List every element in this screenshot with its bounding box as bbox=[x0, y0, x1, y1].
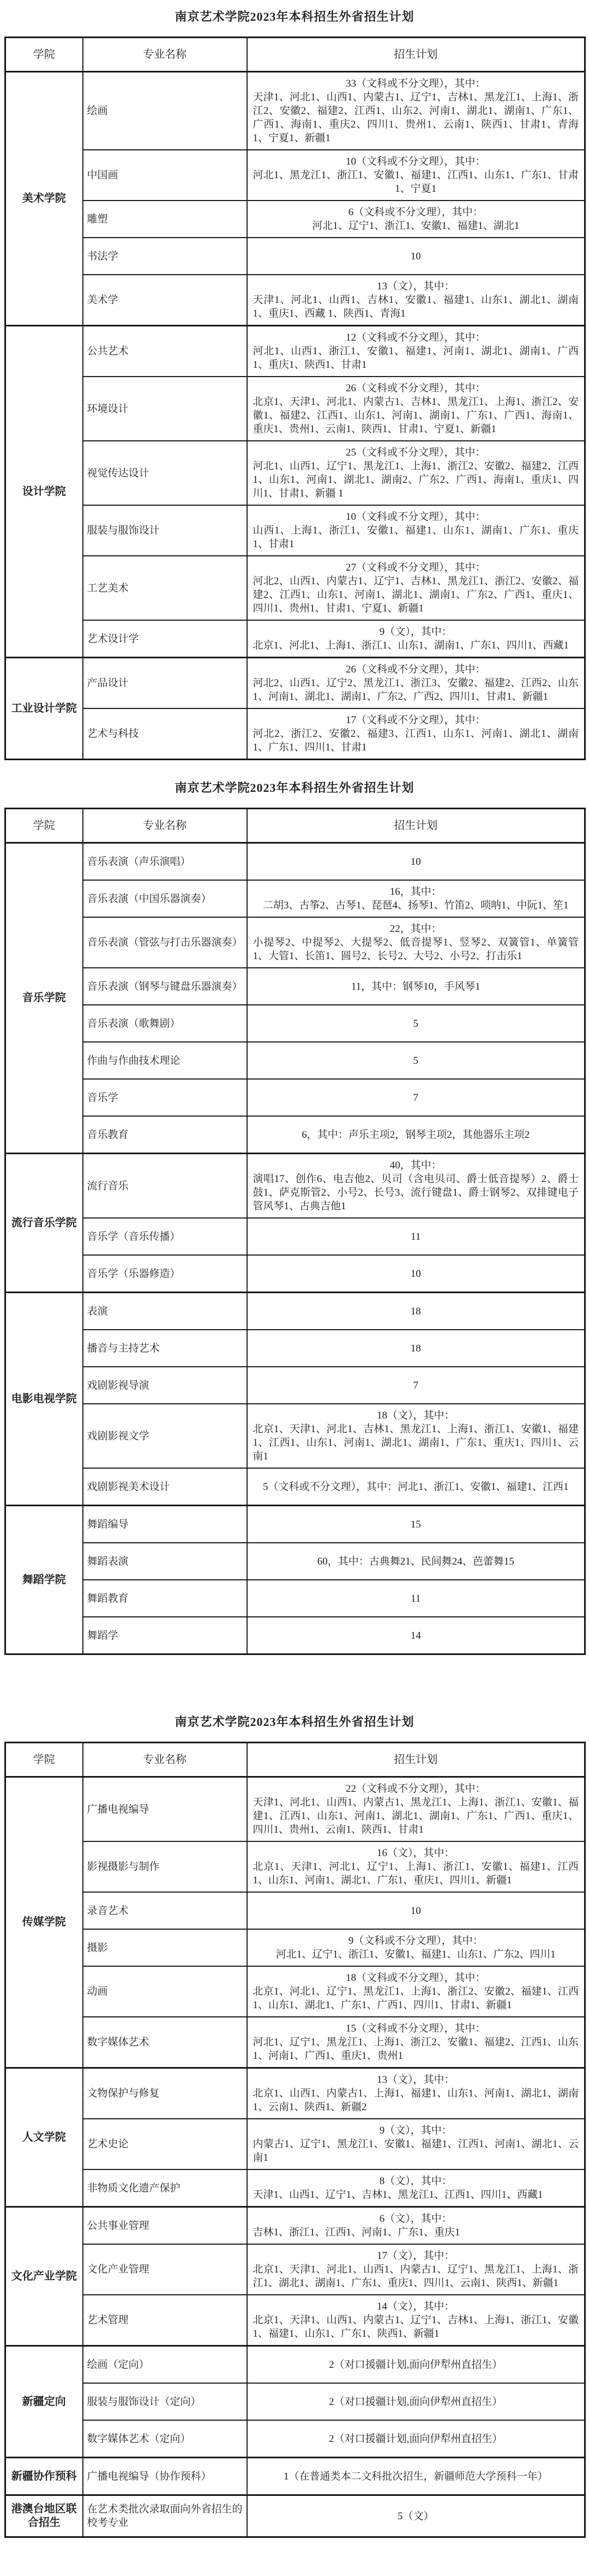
column-header-college: 学院 bbox=[5, 1743, 83, 1777]
major-name-cell: 作曲与作曲技术理论 bbox=[83, 1042, 247, 1079]
plan-section: 南京艺术学院2023年本科招生外省招生计划 学院 专业名称 招生计划 传媒学院广… bbox=[0, 1713, 589, 2538]
major-name-cell: 录音艺术 bbox=[83, 1892, 247, 1929]
plan-province-breakdown: 河北2、山西1、内蒙古1、辽宁1、吉林1、黑龙江1、浙江2、安徽2、福建2、江西… bbox=[253, 574, 579, 615]
table-row: 播音与主持艺术18 bbox=[5, 1330, 585, 1367]
table-row: 音乐教育6，其中：声乐主项2，钢琴主项2，其他器乐主项2 bbox=[5, 1116, 585, 1154]
plan-total: 7 bbox=[253, 1091, 579, 1105]
plan-table: 学院 专业名称 招生计划 传媒学院广播电视编导22（文科或不分文理），其中：天津… bbox=[4, 1742, 586, 2538]
major-name-cell: 音乐学 bbox=[83, 1079, 247, 1116]
plan-province-breakdown: 天津1、河北1、山西1、内蒙古1、辽宁1、吉林1、黑龙江1、上海1、浙江2、安徽… bbox=[253, 90, 579, 145]
table-row: 动画18（文科或不分文理），其中：北京1、河北1、辽宁1、黑龙江1、上海1、浙江… bbox=[5, 1966, 585, 2017]
college-cell: 音乐学院 bbox=[5, 843, 83, 1154]
plan-cell: 26（文科或不分文理），其中：北京1、天津1、河北1、内蒙古1、吉林1、黑龙江1… bbox=[247, 377, 585, 441]
plan-cell: 17（文科或不分文理），其中：河北2、浙江2、安徽2、福建3、江西1、山东1、河… bbox=[247, 708, 585, 760]
major-name-cell: 表演 bbox=[83, 1293, 247, 1330]
plan-province-breakdown: 北京1、河北1、上海1、浙江1、山东1、湖南1、广东1、四川1、西藏1 bbox=[253, 639, 579, 652]
plan-cell: 11 bbox=[247, 1580, 585, 1617]
plan-table: 学院 专业名称 招生计划 美术学院绘画33（文科或不分文理），其中：天津1、河北… bbox=[4, 37, 586, 760]
table-row: 工业设计学院产品设计26（文科或不分文理），其中：河北2、山西1、辽宁2、黑龙江… bbox=[5, 658, 585, 709]
table-row: 美术学院绘画33（文科或不分文理），其中：天津1、河北1、山西1、内蒙古1、辽宁… bbox=[5, 72, 585, 150]
plan-cell: 16（文），其中：北京1、天津1、河北1、辽宁1、上海1、浙江1、安徽1、福建1… bbox=[247, 1841, 585, 1892]
plan-total: 11，其中：钢琴10，手风琴1 bbox=[253, 980, 579, 993]
college-cell: 港澳台地区联合招生 bbox=[5, 2495, 83, 2537]
plan-cell: 11，其中：钢琴10，手风琴1 bbox=[247, 968, 585, 1005]
column-header-major: 专业名称 bbox=[83, 1743, 247, 1777]
table-row: 艺术管理14（文），其中：北京1、天津1、山西1、内蒙古1、辽宁1、吉林1、上海… bbox=[5, 2295, 585, 2346]
plan-total: 10 bbox=[253, 855, 579, 869]
plan-province-breakdown: 河北2、山西1、辽宁2、黑龙江1、浙江3、安徽2、福建2、江西2、山东1、河南1… bbox=[253, 676, 579, 704]
table-row: 影视摄影与制作16（文），其中：北京1、天津1、河北1、辽宁1、上海1、浙江1、… bbox=[5, 1841, 585, 1892]
table-header-row: 学院 专业名称 招生计划 bbox=[5, 38, 585, 72]
table-row: 戏剧影视美术设计5（文科或不分文理），其中：河北1、浙江1、安徽1、福建1、江西… bbox=[5, 1468, 585, 1506]
major-name-cell: 艺术与科技 bbox=[83, 708, 247, 760]
major-name-cell: 书法学 bbox=[83, 238, 247, 275]
major-name-cell: 动画 bbox=[83, 1966, 247, 2017]
plan-province-breakdown: 北京1、河北1、辽宁1、黑龙江1、上海1、浙江2、安徽2、福建1、江西1、山东1… bbox=[253, 1985, 579, 2012]
major-name-cell: 非物质文化遗产保护 bbox=[83, 2169, 247, 2207]
table-row: 传媒学院广播电视编导22（文科或不分文理），其中：天津1、河北1、山西1、内蒙古… bbox=[5, 1777, 585, 1842]
plan-province-breakdown: 北京1、天津1、河北1、山西1、内蒙古1、辽宁1、黑龙江1、上海1、浙江1、湖北… bbox=[253, 2263, 579, 2290]
plan-cell: 10 bbox=[247, 843, 585, 881]
plan-cell: 5（文科或不分文理），其中：河北1、浙江1、安徽1、福建1、江西1 bbox=[247, 1468, 585, 1506]
table-row: 戏剧影视文学18（文），其中：北京1、天津1、河北1、吉林1、黑龙江1、上海1、… bbox=[5, 1404, 585, 1468]
table-row: 电影电视学院表演18 bbox=[5, 1293, 585, 1330]
plan-cell: 27（文科或不分文理），其中：河北2、山西1、内蒙古1、辽宁1、吉林1、黑龙江1… bbox=[247, 556, 585, 620]
table-row: 舞蹈学14 bbox=[5, 1617, 585, 1654]
table-row: 文化产业学院公共事业管理6（文），其中：吉林1、浙江1、江西1、河南1、广东1、… bbox=[5, 2207, 585, 2245]
column-header-plan: 招生计划 bbox=[247, 809, 585, 843]
major-name-cell: 艺术管理 bbox=[83, 2295, 247, 2346]
college-cell: 设计学院 bbox=[5, 326, 83, 658]
plan-province-breakdown: 内蒙古1、辽宁1、黑龙江1、安徽1、福建1、江西1、河南1、湖北1、云南1 bbox=[253, 2137, 579, 2165]
table-row: 音乐学（乐器修造）10 bbox=[5, 1255, 585, 1293]
plan-total: 14（文），其中： bbox=[253, 2300, 579, 2313]
table-row: 音乐表演（钢琴与键盘乐器演奏）11，其中：钢琴10，手风琴1 bbox=[5, 968, 585, 1005]
plan-total: 15（文科或不分文理），其中： bbox=[253, 2022, 579, 2035]
plan-total: 14 bbox=[253, 1629, 579, 1642]
plan-total: 11 bbox=[253, 1230, 579, 1244]
major-name-cell: 音乐教育 bbox=[83, 1116, 247, 1154]
plan-cell: 1（在普通类本二文科批次招生，新疆师范大学预科一年） bbox=[247, 2458, 585, 2495]
major-name-cell: 音乐学（乐器修造） bbox=[83, 1255, 247, 1293]
plan-total: 25（文科或不分文理），其中： bbox=[253, 446, 579, 459]
plan-province-breakdown: 天津1、山西1、辽宁1、吉林1、黑龙江1、江西1、四川1、西藏1 bbox=[253, 2188, 579, 2202]
table-row: 书法学10 bbox=[5, 238, 585, 275]
major-name-cell: 文物保护与修复 bbox=[83, 2068, 247, 2119]
plan-total: 18 bbox=[253, 1305, 579, 1318]
table-row: 音乐表演（歌舞剧）5 bbox=[5, 1005, 585, 1042]
plan-total: 11 bbox=[253, 1592, 579, 1605]
table-row: 设计学院公共艺术12（文科或不分文理），其中：河北1、山西1、浙江1、安徽1、福… bbox=[5, 326, 585, 377]
plan-total: 15 bbox=[253, 1518, 579, 1531]
plan-province-breakdown: 演唱17、创作6、电吉他2、贝司（含电贝司、爵士低音提琴）2、爵士鼓1、萨克斯管… bbox=[253, 1172, 579, 1213]
column-header-college: 学院 bbox=[5, 38, 83, 72]
plan-total: 18 bbox=[253, 1342, 579, 1355]
major-name-cell: 公共事业管理 bbox=[83, 2207, 247, 2245]
table-row: 工艺美术27（文科或不分文理），其中：河北2、山西1、内蒙古1、辽宁1、吉林1、… bbox=[5, 556, 585, 620]
plan-cell: 10 bbox=[247, 1892, 585, 1929]
plan-province-breakdown: 小提琴2、中提琴2、大提琴2、低音提琴1、竖琴2、双簧管1、单簧管1、大管1、长… bbox=[253, 936, 579, 963]
plan-total: 6，其中：声乐主项2，钢琴主项2，其他器乐主项2 bbox=[253, 1128, 579, 1142]
plan-cell: 25（文科或不分文理），其中：河北1、山西1、辽宁1、黑龙江1、上海1、浙江2、… bbox=[247, 441, 585, 505]
column-header-plan: 招生计划 bbox=[247, 1743, 585, 1777]
plan-total: 9（文），其中： bbox=[253, 2124, 579, 2137]
plan-total: 10 bbox=[253, 1267, 579, 1281]
plan-total: 18（文科或不分文理），其中： bbox=[253, 1971, 579, 1985]
plan-province-breakdown: 河北1、山西1、浙江1、安徽1、福建1、河南1、湖北1、湖南1、广西1、重庆1、… bbox=[253, 344, 579, 372]
column-header-major: 专业名称 bbox=[83, 38, 247, 72]
plan-total: 13（文），其中： bbox=[253, 280, 579, 293]
major-name-cell: 舞蹈表演 bbox=[83, 1543, 247, 1580]
plan-province-breakdown: 河北1、辽宁1、浙江1、安徽1、福建1、湖北1 bbox=[253, 219, 579, 233]
table-row: 服装与服饰设计10（文科或不分文理），其中：山西1、上海1、浙江1、安徽1、福建… bbox=[5, 505, 585, 556]
plan-cell: 2（对口援疆计划,面向伊犁州直招生） bbox=[247, 2346, 585, 2384]
table-row: 人文学院文物保护与修复13（文），其中：北京1、山西1、内蒙古1、上海1、福建1… bbox=[5, 2068, 585, 2119]
plan-cell: 5 bbox=[247, 1042, 585, 1079]
table-row: 文化产业管理17（文），其中：北京1、天津1、河北1、山西1、内蒙古1、辽宁1、… bbox=[5, 2244, 585, 2295]
plan-total: 5（文） bbox=[253, 2510, 579, 2523]
plan-cell: 18（文），其中：北京1、天津1、河北1、吉林1、黑龙江1、上海1、浙江1、安徽… bbox=[247, 1404, 585, 1468]
major-name-cell: 数字媒体艺术（定向） bbox=[83, 2420, 247, 2458]
plan-total: 17（文科或不分文理），其中： bbox=[253, 713, 579, 727]
table-row: 数字媒体艺术15（文科或不分文理），其中：河北1、辽宁1、黑龙江1、上海1、浙江… bbox=[5, 2017, 585, 2068]
major-name-cell: 音乐表演（歌舞剧） bbox=[83, 1005, 247, 1042]
section-title: 南京艺术学院2023年本科招生外省招生计划 bbox=[4, 779, 585, 796]
plan-total: 10 bbox=[253, 250, 579, 263]
plan-total: 26（文科或不分文理），其中： bbox=[253, 663, 579, 676]
major-name-cell: 艺术史论 bbox=[83, 2119, 247, 2169]
plan-cell: 26（文科或不分文理），其中：河北2、山西1、辽宁2、黑龙江1、浙江3、安徽2、… bbox=[247, 658, 585, 709]
major-name-cell: 流行音乐 bbox=[83, 1154, 247, 1219]
plan-cell: 10（文科或不分文理），其中：山西1、上海1、浙江1、安徽1、福建1、山东1、湖… bbox=[247, 505, 585, 556]
plan-total: 12（文科或不分文理），其中： bbox=[253, 331, 579, 344]
plan-total: 9（文），其中： bbox=[253, 625, 579, 639]
plan-cell: 9（文），其中：北京1、河北1、上海1、浙江1、山东1、湖南1、广东1、四川1、… bbox=[247, 620, 585, 658]
plan-total: 10（文科或不分文理），其中： bbox=[253, 510, 579, 524]
plan-total: 27（文科或不分文理），其中： bbox=[253, 561, 579, 574]
plan-cell: 18（文科或不分文理），其中：北京1、河北1、辽宁1、黑龙江1、上海1、浙江2、… bbox=[247, 1966, 585, 2017]
plan-total: 6（文），其中： bbox=[253, 2212, 579, 2226]
plan-province-breakdown: 河北1、辽宁1、浙江1、安徽1、福建1、山东1、广东2、四川1 bbox=[253, 1948, 579, 1961]
plan-cell: 10 bbox=[247, 238, 585, 275]
table-row: 音乐学（音乐传播）11 bbox=[5, 1218, 585, 1255]
plan-total: 5 bbox=[253, 1054, 579, 1068]
table-row: 音乐表演（中国乐器演奏）16，其中：二胡3、古筝2、古琴1、琵琶4、扬琴1、竹笛… bbox=[5, 880, 585, 917]
table-row: 艺术史论9（文），其中：内蒙古1、辽宁1、黑龙江1、安徽1、福建1、江西1、河南… bbox=[5, 2119, 585, 2169]
table-row: 港澳台地区联合招生在艺术类批次录取面向外省招生的校考专业5（文） bbox=[5, 2495, 585, 2537]
plan-province-breakdown: 天津1、河北1、山西1、吉林1、安徽1、福建1、山东1、湖北1、湖南1、重庆1、… bbox=[253, 293, 579, 320]
major-name-cell: 环境设计 bbox=[83, 377, 247, 441]
table-header-row: 学院 专业名称 招生计划 bbox=[5, 809, 585, 843]
plan-total: 33（文科或不分文理），其中： bbox=[253, 77, 579, 90]
table-row: 音乐表演（管弦与打击乐器演奏）22，其中：小提琴2、中提琴2、大提琴2、低音提琴… bbox=[5, 917, 585, 968]
plan-cell: 5 bbox=[247, 1005, 585, 1042]
table-row: 舞蹈学院舞蹈编导15 bbox=[5, 1506, 585, 1543]
plan-province-breakdown: 北京1、天津1、河北1、吉林1、黑龙江1、上海1、浙江1、安徽1、福建1、江西1… bbox=[253, 1422, 579, 1463]
major-name-cell: 舞蹈教育 bbox=[83, 1580, 247, 1617]
plan-cell: 10 bbox=[247, 1255, 585, 1293]
plan-province-breakdown: 北京1、天津1、河北1、辽宁1、上海1、浙江1、安徽1、福建1、江西1、山东1、… bbox=[253, 1860, 579, 1887]
plan-total: 22（文科或不分文理），其中： bbox=[253, 1782, 579, 1796]
plan-cell: 18 bbox=[247, 1330, 585, 1367]
major-name-cell: 公共艺术 bbox=[83, 326, 247, 377]
plan-total: 8（文），其中： bbox=[253, 2174, 579, 2188]
major-name-cell: 文化产业管理 bbox=[83, 2244, 247, 2295]
table-row: 舞蹈表演60，其中：古典舞21、民间舞24、芭蕾舞15 bbox=[5, 1543, 585, 1580]
plan-cell: 6，其中：声乐主项2，钢琴主项2，其他器乐主项2 bbox=[247, 1116, 585, 1154]
major-name-cell: 艺术设计学 bbox=[83, 620, 247, 658]
column-header-college: 学院 bbox=[5, 809, 83, 843]
plan-province-breakdown: 河北1、山西1、辽宁1、黑龙江1、上海1、浙江2、安徽2、福建2、江西1、山东1… bbox=[253, 459, 579, 500]
college-cell: 文化产业学院 bbox=[5, 2207, 83, 2346]
college-cell: 电影电视学院 bbox=[5, 1293, 83, 1506]
college-cell: 新疆协作预科 bbox=[5, 2458, 83, 2495]
plan-total: 7 bbox=[253, 1379, 579, 1392]
table-row: 流行音乐学院流行音乐40，其中：演唱17、创作6、电吉他2、贝司（含电贝司、爵士… bbox=[5, 1154, 585, 1219]
college-cell: 舞蹈学院 bbox=[5, 1506, 83, 1654]
plan-cell: 18 bbox=[247, 1293, 585, 1330]
plan-total: 16，其中： bbox=[253, 885, 579, 899]
column-header-plan: 招生计划 bbox=[247, 38, 585, 72]
table-row: 摄影9（文科或不分文理），其中：河北1、辽宁1、浙江1、安徽1、福建1、山东1、… bbox=[5, 1929, 585, 1966]
plan-total: 1（在普通类本二文科批次招生，新疆师范大学预科一年） bbox=[253, 2470, 579, 2483]
table-row: 环境设计26（文科或不分文理），其中：北京1、天津1、河北1、内蒙古1、吉林1、… bbox=[5, 377, 585, 441]
major-name-cell: 戏剧影视导演 bbox=[83, 1367, 247, 1404]
plan-total: 26（文科或不分文理），其中： bbox=[253, 381, 579, 395]
plan-total: 10 bbox=[253, 1904, 579, 1918]
plan-total: 2（对口援疆计划,面向伊犁州直招生） bbox=[253, 2395, 579, 2409]
plan-cell: 33（文科或不分文理），其中：天津1、河北1、山西1、内蒙古1、辽宁1、吉林1、… bbox=[247, 72, 585, 150]
major-name-cell: 音乐学（音乐传播） bbox=[83, 1218, 247, 1255]
document-page: { "sections": [ { "title": "南京艺术学院2023年本… bbox=[0, 0, 589, 2576]
major-name-cell: 广播电视编导（协作预科） bbox=[83, 2458, 247, 2495]
major-name-cell: 音乐表演（中国乐器演奏） bbox=[83, 880, 247, 917]
plan-total: 6（文科或不分文理），其中： bbox=[253, 205, 579, 219]
major-name-cell: 绘画 bbox=[83, 72, 247, 150]
plan-province-breakdown: 北京1、天津1、山西1、内蒙古1、辽宁1、吉林1、上海1、浙江1、安徽1、福建1… bbox=[253, 2313, 579, 2341]
table-row: 服装与服饰设计（定向）2（对口援疆计划,面向伊犁州直招生） bbox=[5, 2383, 585, 2420]
plan-total: 40，其中： bbox=[253, 1159, 579, 1172]
plan-cell: 10（文科或不分文理），其中：河北1、黑龙江1、浙江1、安徽1、福建1、江西1、… bbox=[247, 150, 585, 201]
major-name-cell: 中国画 bbox=[83, 150, 247, 201]
plan-cell: 9（文科或不分文理），其中：河北1、辽宁1、浙江1、安徽1、福建1、山东1、广东… bbox=[247, 1929, 585, 1966]
plan-cell: 2（对口援疆计划,面向伊犁州直招生） bbox=[247, 2383, 585, 2420]
major-name-cell: 视觉传达设计 bbox=[83, 441, 247, 505]
table-row: 音乐学7 bbox=[5, 1079, 585, 1116]
plan-province-breakdown: 二胡3、古筝2、古琴1、琵琶4、扬琴1、竹笛2、唢呐1、中阮1、笙1 bbox=[253, 899, 579, 912]
plan-total: 10（文科或不分文理），其中： bbox=[253, 155, 579, 168]
plan-cell: 17（文），其中：北京1、天津1、河北1、山西1、内蒙古1、辽宁1、黑龙江1、上… bbox=[247, 2244, 585, 2295]
table-row: 非物质文化遗产保护8（文），其中：天津1、山西1、辽宁1、吉林1、黑龙江1、江西… bbox=[5, 2169, 585, 2207]
table-row: 中国画10（文科或不分文理），其中：河北1、黑龙江1、浙江1、安徽1、福建1、江… bbox=[5, 150, 585, 201]
plan-cell: 14（文），其中：北京1、天津1、山西1、内蒙古1、辽宁1、吉林1、上海1、浙江… bbox=[247, 2295, 585, 2346]
plan-province-breakdown: 河北2、浙江2、安徽2、福建3、江西1、山东1、河南1、湖北1、湖南1、广东1、… bbox=[253, 727, 579, 754]
major-name-cell: 音乐表演（管弦与打击乐器演奏） bbox=[83, 917, 247, 968]
table-row: 数字媒体艺术（定向）2（对口援疆计划,面向伊犁州直招生） bbox=[5, 2420, 585, 2458]
plan-total: 16（文），其中： bbox=[253, 1846, 579, 1860]
major-name-cell: 播音与主持艺术 bbox=[83, 1330, 247, 1367]
plan-cell: 9（文），其中：内蒙古1、辽宁1、黑龙江1、安徽1、福建1、江西1、河南1、湖北… bbox=[247, 2119, 585, 2169]
major-name-cell: 绘画（定向） bbox=[83, 2346, 247, 2384]
major-name-cell: 摄影 bbox=[83, 1929, 247, 1966]
plan-cell: 13（文），其中：北京1、山西1、内蒙古1、上海1、福建1、山东1、河南1、湖北… bbox=[247, 2068, 585, 2119]
plan-table: 学院 专业名称 招生计划 音乐学院音乐表演（声乐演唱）10音乐表演（中国乐器演奏… bbox=[4, 808, 586, 1655]
major-name-cell: 数字媒体艺术 bbox=[83, 2017, 247, 2068]
plan-cell: 60，其中：古典舞21、民间舞24、芭蕾舞15 bbox=[247, 1543, 585, 1580]
plan-cell: 7 bbox=[247, 1367, 585, 1404]
plan-cell: 5（文） bbox=[247, 2495, 585, 2537]
table-row: 新疆定向绘画（定向）2（对口援疆计划,面向伊犁州直招生） bbox=[5, 2346, 585, 2384]
plan-total: 9（文科或不分文理），其中： bbox=[253, 1934, 579, 1948]
plan-cell: 16，其中：二胡3、古筝2、古琴1、琵琶4、扬琴1、竹笛2、唢呐1、中阮1、笙1 bbox=[247, 880, 585, 917]
plan-total: 13（文），其中： bbox=[253, 2073, 579, 2087]
plan-total: 60，其中：古典舞21、民间舞24、芭蕾舞15 bbox=[253, 1555, 579, 1568]
plan-cell: 7 bbox=[247, 1079, 585, 1116]
major-name-cell: 音乐表演（声乐演唱） bbox=[83, 843, 247, 881]
college-cell: 美术学院 bbox=[5, 72, 83, 326]
plan-province-breakdown: 天津1、河北1、山西1、内蒙古1、黑龙江1、上海1、浙江1、安徽1、福建1、江西… bbox=[253, 1796, 579, 1836]
section-title: 南京艺术学院2023年本科招生外省招生计划 bbox=[4, 1713, 585, 1730]
table-row: 音乐学院音乐表演（声乐演唱）10 bbox=[5, 843, 585, 881]
plan-cell: 6（文），其中：吉林1、浙江1、江西1、河南1、广东1、重庆1 bbox=[247, 2207, 585, 2245]
college-cell: 流行音乐学院 bbox=[5, 1154, 83, 1293]
major-name-cell: 产品设计 bbox=[83, 658, 247, 709]
plan-cell: 2（对口援疆计划,面向伊犁州直招生） bbox=[247, 2420, 585, 2458]
table-row: 视觉传达设计25（文科或不分文理），其中：河北1、山西1、辽宁1、黑龙江1、上海… bbox=[5, 441, 585, 505]
plan-section: 南京艺术学院2023年本科招生外省招生计划 学院 专业名称 招生计划 音乐学院音… bbox=[0, 779, 589, 1655]
college-cell: 工业设计学院 bbox=[5, 658, 83, 760]
plan-total: 17（文），其中： bbox=[253, 2249, 579, 2263]
college-cell: 新疆定向 bbox=[5, 2346, 83, 2458]
plan-cell: 13（文），其中：天津1、河北1、山西1、吉林1、安徽1、福建1、山东1、湖北1… bbox=[247, 275, 585, 326]
major-name-cell: 舞蹈编导 bbox=[83, 1506, 247, 1543]
table-row: 艺术与科技17（文科或不分文理），其中：河北2、浙江2、安徽2、福建3、江西1、… bbox=[5, 708, 585, 760]
plan-total: 2（对口援疆计划,面向伊犁州直招生） bbox=[253, 2432, 579, 2446]
plan-cell: 40，其中：演唱17、创作6、电吉他2、贝司（含电贝司、爵士低音提琴）2、爵士鼓… bbox=[247, 1154, 585, 1219]
college-cell: 人文学院 bbox=[5, 2068, 83, 2207]
major-name-cell: 音乐表演（钢琴与键盘乐器演奏） bbox=[83, 968, 247, 1005]
table-row: 戏剧影视导演7 bbox=[5, 1367, 585, 1404]
table-row: 雕塑6（文科或不分文理），其中：河北1、辽宁1、浙江1、安徽1、福建1、湖北1 bbox=[5, 201, 585, 238]
plan-cell: 22，其中：小提琴2、中提琴2、大提琴2、低音提琴1、竖琴2、双簧管1、单簧管1… bbox=[247, 917, 585, 968]
plan-cell: 12（文科或不分文理），其中：河北1、山西1、浙江1、安徽1、福建1、河南1、湖… bbox=[247, 326, 585, 377]
plan-cell: 11 bbox=[247, 1218, 585, 1255]
plan-cell: 15 bbox=[247, 1506, 585, 1543]
plan-cell: 6（文科或不分文理），其中：河北1、辽宁1、浙江1、安徽1、福建1、湖北1 bbox=[247, 201, 585, 238]
plan-cell: 22（文科或不分文理），其中：天津1、河北1、山西1、内蒙古1、黑龙江1、上海1… bbox=[247, 1777, 585, 1842]
table-row: 录音艺术10 bbox=[5, 1892, 585, 1929]
plan-total: 5 bbox=[253, 1017, 579, 1031]
admission-plan-document: 南京艺术学院2023年本科招生外省招生计划 学院 专业名称 招生计划 美术学院绘… bbox=[0, 0, 589, 2538]
plan-section: 南京艺术学院2023年本科招生外省招生计划 学院 专业名称 招生计划 美术学院绘… bbox=[0, 0, 589, 760]
major-name-cell: 舞蹈学 bbox=[83, 1617, 247, 1654]
plan-cell: 8（文），其中：天津1、山西1、辽宁1、吉林1、黑龙江1、江西1、四川1、西藏1 bbox=[247, 2169, 585, 2207]
plan-province-breakdown: 河北1、辽宁1、黑龙江1、上海1、浙江2、安徽1、福建2、江西1、山东1、河南1… bbox=[253, 2035, 579, 2063]
table-row: 新疆协作预科广播电视编导（协作预科）1（在普通类本二文科批次招生，新疆师范大学预… bbox=[5, 2458, 585, 2495]
plan-total: 2（对口援疆计划,面向伊犁州直招生） bbox=[253, 2358, 579, 2372]
column-header-major: 专业名称 bbox=[83, 809, 247, 843]
plan-total: 22，其中： bbox=[253, 922, 579, 936]
table-row: 舞蹈教育11 bbox=[5, 1580, 585, 1617]
plan-total: 18（文），其中： bbox=[253, 1409, 579, 1422]
table-header-row: 学院 专业名称 招生计划 bbox=[5, 1743, 585, 1777]
section-title: 南京艺术学院2023年本科招生外省招生计划 bbox=[4, 0, 585, 25]
plan-total: 5（文科或不分文理），其中：河北1、浙江1、安徽1、福建1、江西1 bbox=[253, 1480, 579, 1494]
major-name-cell: 工艺美术 bbox=[83, 556, 247, 620]
college-cell: 传媒学院 bbox=[5, 1777, 83, 2068]
plan-cell: 15（文科或不分文理），其中：河北1、辽宁1、黑龙江1、上海1、浙江2、安徽1、… bbox=[247, 2017, 585, 2068]
table-row: 美术学13（文），其中：天津1、河北1、山西1、吉林1、安徽1、福建1、山东1、… bbox=[5, 275, 585, 326]
plan-province-breakdown: 北京1、山西1、内蒙古1、上海1、福建1、山东1、河南1、湖北1、湖南1、云南1… bbox=[253, 2087, 579, 2114]
plan-province-breakdown: 河北1、黑龙江1、浙江1、安徽1、福建1、江西1、山东1、广东1、甘肃1、宁夏1 bbox=[253, 168, 579, 196]
major-name-cell: 戏剧影视文学 bbox=[83, 1404, 247, 1468]
plan-province-breakdown: 吉林1、浙江1、江西1、河南1、广东1、重庆1 bbox=[253, 2226, 579, 2239]
table-row: 作曲与作曲技术理论5 bbox=[5, 1042, 585, 1079]
table-row: 艺术设计学9（文），其中：北京1、河北1、上海1、浙江1、山东1、湖南1、广东1… bbox=[5, 620, 585, 658]
major-name-cell: 在艺术类批次录取面向外省招生的校考专业 bbox=[83, 2495, 247, 2537]
major-name-cell: 广播电视编导 bbox=[83, 1777, 247, 1842]
major-name-cell: 服装与服饰设计 bbox=[83, 505, 247, 556]
major-name-cell: 美术学 bbox=[83, 275, 247, 326]
major-name-cell: 戏剧影视美术设计 bbox=[83, 1468, 247, 1506]
plan-province-breakdown: 北京1、天津1、河北1、内蒙古1、吉林1、黑龙江1、上海1、浙江2、安徽1、福建… bbox=[253, 395, 579, 436]
major-name-cell: 服装与服饰设计（定向） bbox=[83, 2383, 247, 2420]
plan-cell: 14 bbox=[247, 1617, 585, 1654]
major-name-cell: 雕塑 bbox=[83, 201, 247, 238]
major-name-cell: 影视摄影与制作 bbox=[83, 1841, 247, 1892]
plan-province-breakdown: 山西1、上海1、浙江1、安徽1、福建1、山东1、湖南1、广东1、重庆1、甘肃1 bbox=[253, 524, 579, 551]
